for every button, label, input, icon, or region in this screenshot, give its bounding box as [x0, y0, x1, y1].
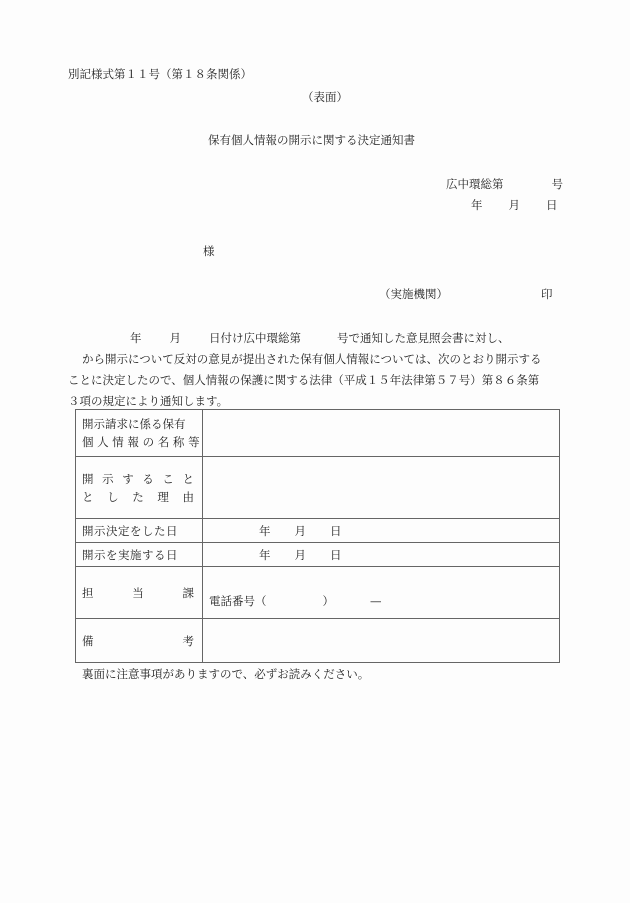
label-info-name: 開示請求に係る保有 個 人 情 報 の 名 称 等 [76, 410, 203, 457]
value-decision-date[interactable]: 年月日 [203, 519, 560, 543]
body-line-3: ことに決定したので、個人情報の保護に関する法律（平成１５年法律第５７号）第８６条… [68, 372, 539, 388]
char: 備 [82, 632, 94, 650]
table-row-decision-date: 開示決定をした日 年月日 [76, 519, 560, 543]
body-line-4: ３項の規定により通知します。 [68, 393, 228, 409]
issuer-label: （実施機関） [379, 286, 448, 302]
value-department[interactable]: 電話番号（）— [203, 567, 560, 619]
date-day: 日 [330, 547, 342, 563]
value-reason[interactable] [203, 457, 560, 519]
side-label: （表面） [302, 89, 348, 105]
char: 担 [82, 584, 94, 602]
reference-suffix: 号 [552, 177, 564, 191]
value-info-name[interactable] [203, 410, 560, 457]
char: こ [162, 470, 174, 488]
label-line: 開示すること [82, 470, 202, 488]
label-line: 開示請求に係る保有 [82, 415, 202, 433]
table-row-info-name: 開示請求に係る保有 個 人 情 報 の 名 称 等 [76, 410, 560, 457]
body-month: 月 [170, 331, 182, 345]
table-row-reason: 開示すること とした理由 [76, 457, 560, 519]
phone-dash: — [370, 594, 382, 608]
notice-text: 裏面に注意事項がありますので、必ずお読みください。 [82, 666, 369, 682]
char: 理 [157, 488, 169, 506]
value-implementation-date[interactable]: 年月日 [203, 543, 560, 567]
phone-label: 電話番号（ [209, 594, 267, 608]
label-line: 備考 [82, 632, 202, 650]
reference-prefix: 広中環総第 [446, 177, 504, 191]
table-row-implementation-date: 開示を実施する日 年月日 [76, 543, 560, 567]
table-row-department: 担当課 電話番号（）— [76, 567, 560, 619]
body-year: 年 [130, 331, 142, 345]
label-line: 個 人 情 報 の 名 称 等 [82, 433, 202, 451]
label-department: 担当課 [76, 567, 203, 619]
issue-date: 年月日 [471, 197, 558, 213]
label-decision-date: 開示決定をした日 [76, 519, 203, 543]
body-rest: 号で通知した意見照会書に対し、 [337, 331, 510, 345]
char: す [122, 470, 134, 488]
date-day: 日 [330, 523, 342, 539]
date-year: 年 [471, 198, 483, 212]
body-line-2: から開示について反対の意見が提出された保有個人情報については、次のとおり開示する [82, 351, 542, 367]
date-day: 日 [546, 198, 558, 212]
date-year: 年 [259, 523, 271, 539]
char: 考 [183, 632, 195, 650]
char: し [107, 488, 119, 506]
char: と [182, 470, 194, 488]
label-remarks: 備考 [76, 619, 203, 663]
date-month: 月 [295, 523, 307, 539]
label-line: とした理由 [82, 488, 202, 506]
char: と [82, 488, 94, 506]
char: 課 [183, 584, 195, 602]
char: る [142, 470, 154, 488]
seal-mark: 印 [541, 286, 553, 302]
char: 当 [132, 584, 144, 602]
label-implementation-date: 開示を実施する日 [76, 543, 203, 567]
body-line-1: 年月日付け広中環総第号で通知した意見照会書に対し、 [130, 330, 510, 346]
date-year: 年 [259, 547, 271, 563]
label-line: 担当課 [82, 584, 202, 602]
date-month: 月 [509, 198, 521, 212]
char: た [132, 488, 144, 506]
label-reason: 開示すること とした理由 [76, 457, 203, 519]
reference-number: 広中環総第号 [446, 176, 563, 192]
char: 由 [183, 488, 195, 506]
body-day-prefix: 日付け広中環総第 [209, 331, 301, 345]
document-title: 保有個人情報の開示に関する決定通知書 [208, 132, 415, 148]
phone-number-field: 電話番号（）— [203, 593, 559, 609]
value-remarks[interactable] [203, 619, 560, 663]
char: 示 [102, 470, 114, 488]
decision-table: 開示請求に係る保有 個 人 情 報 の 名 称 等 開示すること とした理由 開… [75, 409, 560, 663]
char: 開 [82, 470, 94, 488]
table-row-remarks: 備考 [76, 619, 560, 663]
date-month: 月 [295, 547, 307, 563]
phone-close: ） [323, 594, 335, 608]
addressee-honorific: 様 [203, 243, 215, 259]
form-number-label: 別記様式第１１号（第１８条関係） [68, 66, 252, 82]
